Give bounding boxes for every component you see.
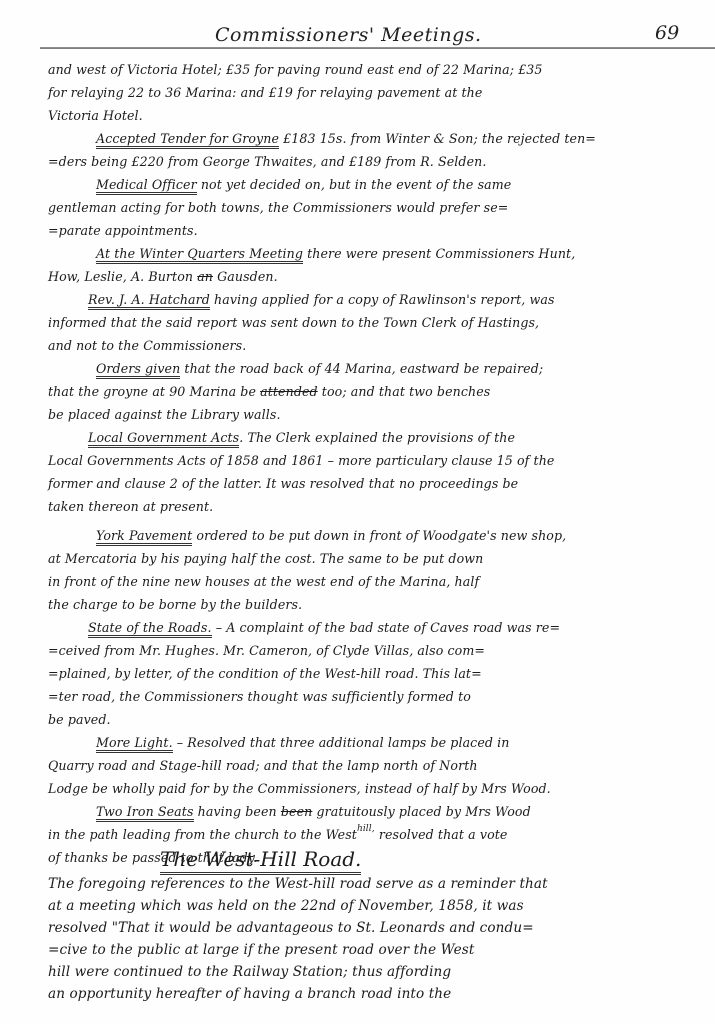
text-line: Local Governments Acts of 1858 and 1861 …	[48, 449, 668, 472]
text-line: former and clause 2 of the latter. It wa…	[48, 472, 668, 495]
entry-heading: Rev. J. A. Hatchard	[88, 292, 210, 310]
entry-groyne: Accepted Tender for Groyne £183 15s. fro…	[48, 127, 668, 150]
text-run: there were present Commissioners Hunt,	[303, 246, 575, 261]
text-run: – A complaint of the bad state of Caves …	[212, 620, 561, 635]
text-run: that the road back of 44 Marina, eastwar…	[180, 361, 543, 376]
text-line: be paved.	[48, 708, 668, 731]
text-line: that the groyne at 90 Marina be attended…	[48, 380, 668, 403]
text-line: an opportunity hereafter of having a bra…	[48, 983, 688, 1005]
header-rule	[40, 47, 715, 49]
text-line: taken thereon at present.	[48, 495, 668, 518]
text-line: =ter road, the Commissioners thought was…	[48, 685, 668, 708]
text-line: Victoria Hotel.	[48, 104, 668, 127]
section-heading: The West-Hill Road.	[160, 847, 361, 875]
text-line: =parate appointments.	[48, 219, 668, 242]
text-line: and west of Victoria Hotel; £35 for pavi…	[48, 58, 668, 81]
entry-heading: State of the Roads.	[88, 620, 212, 638]
entry-winter-quarters: At the Winter Quarters Meeting there wer…	[48, 242, 668, 265]
text-line: in the path leading from the church to t…	[48, 823, 668, 846]
entry-local-government: Local Government Acts. The Clerk explain…	[48, 426, 668, 449]
text-line: Quarry road and Stage-hill road; and tha…	[48, 754, 668, 777]
entry-orders-given: Orders given that the road back of 44 Ma…	[48, 357, 668, 380]
text-line: The foregoing references to the West-hil…	[48, 873, 688, 895]
text-run: not yet decided on, but in the event of …	[197, 177, 512, 192]
entry-iron-seats: Two Iron Seats having been been gratuito…	[48, 800, 668, 823]
entry-heading: York Pavement	[96, 528, 192, 546]
text-run: How, Leslie, A. Burton	[48, 269, 197, 284]
text-line: =plained, by letter, of the condition of…	[48, 662, 668, 685]
struck-text: been	[281, 804, 312, 819]
entry-medical-officer: Medical Officer not yet decided on, but …	[48, 173, 668, 196]
running-title: Commissioners' Meetings.	[215, 24, 482, 46]
text-line: the charge to be borne by the builders.	[48, 593, 668, 616]
page-header: Commissioners' Meetings. 69	[40, 18, 715, 48]
text-line: =cive to the public at large if the pres…	[48, 939, 688, 961]
inserted-text: hill,	[357, 824, 375, 834]
text-line: be placed against the Library walls.	[48, 403, 668, 426]
text-line: Lodge be wholly paid for by the Commissi…	[48, 777, 668, 800]
text-line: =ceived from Mr. Hughes. Mr. Cameron, of…	[48, 639, 668, 662]
entry-york-pavement: York Pavement ordered to be put down in …	[48, 524, 668, 547]
entry-heading: Accepted Tender for Groyne	[96, 131, 279, 149]
entry-state-of-roads: State of the Roads. – A complaint of the…	[48, 616, 668, 639]
text-run: having been	[194, 804, 281, 819]
text-run: £183 15s. from Winter & Son; the rejecte…	[279, 131, 596, 146]
manuscript-page: Commissioners' Meetings. 69 and west of …	[0, 0, 715, 1024]
text-run: gratuitously placed by Mrs Wood	[312, 804, 530, 819]
text-line: and not to the Commissioners.	[48, 334, 668, 357]
text-line: How, Leslie, A. Burton an Gausden.	[48, 265, 668, 288]
entry-hatchard: Rev. J. A. Hatchard having applied for a…	[48, 288, 668, 311]
entry-heading: Orders given	[96, 361, 180, 379]
text-line: gentleman acting for both towns, the Com…	[48, 196, 668, 219]
text-line: informed that the said report was sent d…	[48, 311, 668, 334]
entry-more-light: More Light. – Resolved that three additi…	[48, 731, 668, 754]
text-line: in front of the nine new houses at the w…	[48, 570, 668, 593]
text-line: at a meeting which was held on the 22nd …	[48, 895, 688, 917]
text-line: resolved "That it would be advantageous …	[48, 917, 688, 939]
text-line: at Mercatoria by his paying half the cos…	[48, 547, 668, 570]
west-hill-section: The foregoing references to the West-hil…	[48, 873, 688, 1005]
text-run: . The Clerk explained the provisions of …	[239, 430, 515, 445]
text-line: =ders being £220 from George Thwaites, a…	[48, 150, 668, 173]
minutes-body: and west of Victoria Hotel; £35 for pavi…	[48, 58, 668, 869]
text-run: having applied for a copy of Rawlinson's…	[210, 292, 555, 307]
struck-text: attended	[260, 384, 318, 399]
entry-heading: Two Iron Seats	[96, 804, 194, 822]
text-line: hill were continued to the Railway Stati…	[48, 961, 688, 983]
text-line: for relaying 22 to 36 Marina: and £19 fo…	[48, 81, 668, 104]
entry-heading: Medical Officer	[96, 177, 197, 195]
entry-heading: At the Winter Quarters Meeting	[96, 246, 303, 264]
struck-text: an	[197, 269, 213, 284]
page-number: 69	[655, 22, 679, 44]
text-run: Gausden.	[213, 269, 278, 284]
text-run: that the groyne at 90 Marina be	[48, 384, 260, 399]
text-run: ordered to be put down in front of Woodg…	[192, 528, 566, 543]
text-run: resolved that a vote	[375, 827, 508, 842]
text-run: in the path leading from the church to t…	[48, 827, 357, 842]
text-run: too; and that two benches	[318, 384, 491, 399]
entry-heading: More Light.	[96, 735, 173, 753]
text-run: – Resolved that three additional lamps b…	[173, 735, 510, 750]
entry-heading: Local Government Acts	[88, 430, 239, 448]
